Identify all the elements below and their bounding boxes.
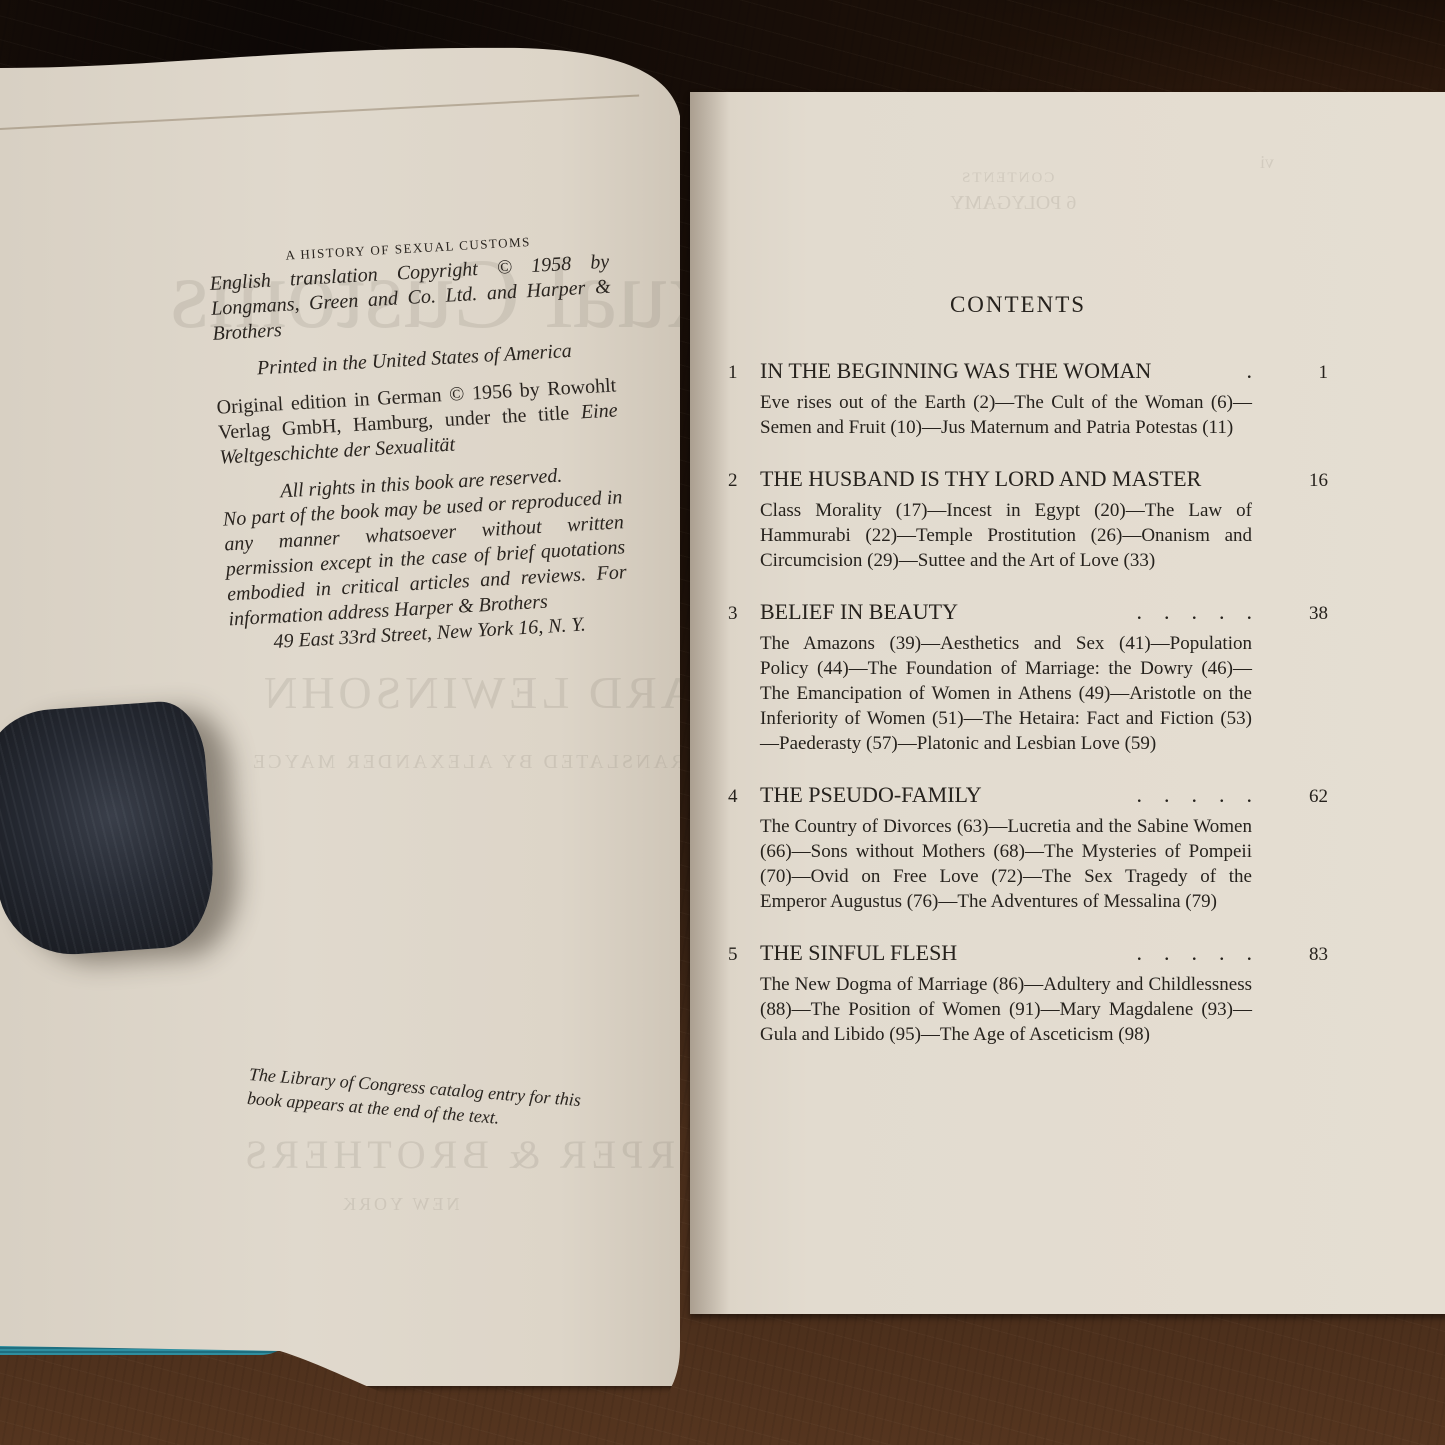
chapter-number: 5 bbox=[728, 944, 760, 966]
rights-text: No part of the book may be used or repro… bbox=[222, 485, 628, 632]
chapter-description: Class Morality (17)—Incest in Egypt (20)… bbox=[760, 498, 1252, 573]
page-fold-line bbox=[0, 95, 639, 130]
contents-heading: CONTENTS bbox=[728, 292, 1308, 318]
dot-leader: ..... bbox=[958, 599, 1288, 625]
toc-entry[interactable]: 5 THE SINFUL FLESH ..... 83 The New Dogm… bbox=[728, 940, 1328, 1047]
toc-entry[interactable]: 1 IN THE BEGINNING WAS THE WOMAN . 1 Eve… bbox=[728, 358, 1328, 440]
show-through-running-head: CONTENTS bbox=[960, 170, 1054, 187]
chapter-title: THE SINFUL FLESH bbox=[760, 940, 957, 966]
chapter-title: BELIEF IN BEAUTY bbox=[760, 599, 958, 625]
rock-paperweight bbox=[0, 699, 218, 959]
chapter-title: THE PSEUDO-FAMILY bbox=[760, 782, 982, 808]
chapter-description: The New Dogma of Marriage (86)—Adultery … bbox=[760, 972, 1252, 1047]
dot-leader: ..... bbox=[957, 940, 1288, 966]
show-through-page-number: vi bbox=[1260, 152, 1274, 173]
chapter-title: IN THE BEGINNING WAS THE WOMAN bbox=[760, 358, 1151, 384]
chapter-page-number: 1 bbox=[1288, 362, 1328, 384]
chapter-number: 2 bbox=[728, 470, 760, 492]
original-edition: Original edition in German © 1956 by Row… bbox=[216, 373, 620, 470]
dot-leader: . bbox=[1151, 358, 1288, 384]
chapter-page-number: 83 bbox=[1288, 944, 1328, 966]
toc-entry[interactable]: 4 THE PSEUDO-FAMILY ..... 62 The Country… bbox=[728, 782, 1328, 914]
original-edition-text: Original edition in German © 1956 by Row… bbox=[216, 374, 617, 443]
chapter-description: The Amazons (39)—Aesthetics and Sex (41)… bbox=[760, 631, 1252, 756]
chapter-page-number: 38 bbox=[1288, 603, 1328, 625]
chapter-page-number: 16 bbox=[1288, 470, 1328, 492]
chapter-page-number: 62 bbox=[1288, 786, 1328, 808]
show-through-chapter: 6 POLYGAMY bbox=[950, 192, 1076, 215]
chapter-number: 1 bbox=[728, 362, 760, 384]
chapter-description: Eve rises out of the Earth (2)—The Cult … bbox=[760, 390, 1252, 440]
chapter-title: THE HUSBAND IS THY LORD AND MASTER bbox=[760, 466, 1201, 492]
copyright-block: A HISTORY OF SEXUAL CUSTOMS English tran… bbox=[208, 230, 631, 670]
show-through-publisher: HARPER & BROTHERS bbox=[240, 1131, 743, 1178]
chapter-number: 4 bbox=[728, 786, 760, 808]
toc-entry[interactable]: 3 BELIEF IN BEAUTY ..... 38 The Amazons … bbox=[728, 599, 1328, 756]
chapter-number: 3 bbox=[728, 603, 760, 625]
gutter-shadow bbox=[690, 92, 730, 1314]
chapter-description: The Country of Divorces (63)—Lucretia an… bbox=[760, 814, 1252, 914]
dot-leader: ..... bbox=[982, 782, 1288, 808]
show-through-translator: TRANSLATED BY ALEXANDER MAYCE bbox=[250, 751, 699, 774]
table-of-contents: CONTENTS 1 IN THE BEGINNING WAS THE WOMA… bbox=[728, 292, 1328, 1073]
show-through-city: NEW YORK bbox=[340, 1194, 460, 1215]
toc-entry[interactable]: 2 THE HUSBAND IS THY LORD AND MASTER 16 … bbox=[728, 466, 1328, 573]
